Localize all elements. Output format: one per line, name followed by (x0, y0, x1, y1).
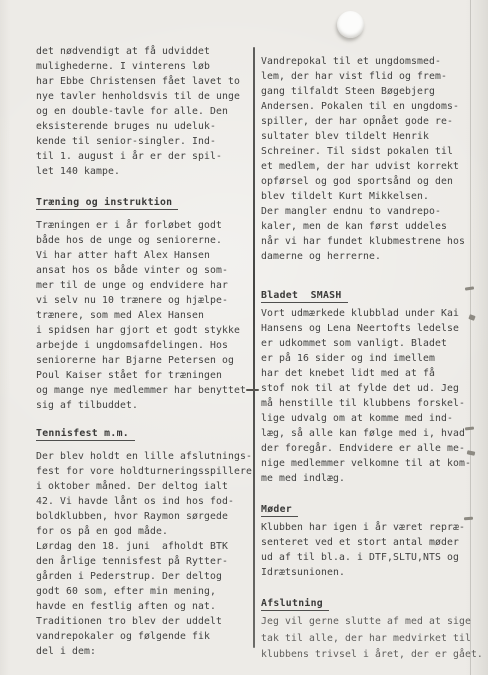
left-column: det nødvendigt at få udviddet muligheder… (36, 44, 252, 659)
paragraph-new-boards: det nødvendigt at få udviddet muligheder… (36, 44, 252, 179)
heading-moder-text: Møder (261, 504, 298, 517)
scanned-document-page: det nødvendigt at få udviddet muligheder… (0, 0, 488, 675)
column-divider-line (253, 47, 255, 648)
heading-afslutning-text: Afslutning (261, 598, 329, 611)
heading-moder: Møder (261, 502, 483, 517)
paragraph-moder: Klubben har igen i år været repræ- sente… (261, 520, 483, 580)
heading-bladet-smash-text: Bladet SMASH (261, 290, 348, 303)
paragraph-tennisfest: Der blev holdt en lille afslutnings- fes… (36, 449, 252, 659)
heading-tennisfest-text: Tennisfest m.m. (36, 428, 135, 441)
right-column: Vandrepokal til et ungdomsmed- lem, der … (261, 54, 483, 664)
paragraph-training: Træningen er i år forløbet godt både hos… (36, 218, 252, 413)
heading-training: Træning og instruktion (36, 195, 252, 210)
paragraph-trophies: Vandrepokal til et ungdomsmed- lem, der … (261, 54, 483, 264)
hole-punch (337, 11, 364, 38)
paragraph-afslutning: Jeg vil gerne slutte af med at sige tak … (261, 614, 483, 664)
paragraph-klubblad: Vort udmærkede klubblad under Kai Hansen… (261, 306, 483, 486)
heading-bladet-smash: Bladet SMASH (261, 288, 483, 303)
heading-training-text: Træning og instruktion (36, 197, 178, 210)
heading-afslutning: Afslutning (261, 596, 483, 611)
heading-tennisfest: Tennisfest m.m. (36, 426, 252, 441)
